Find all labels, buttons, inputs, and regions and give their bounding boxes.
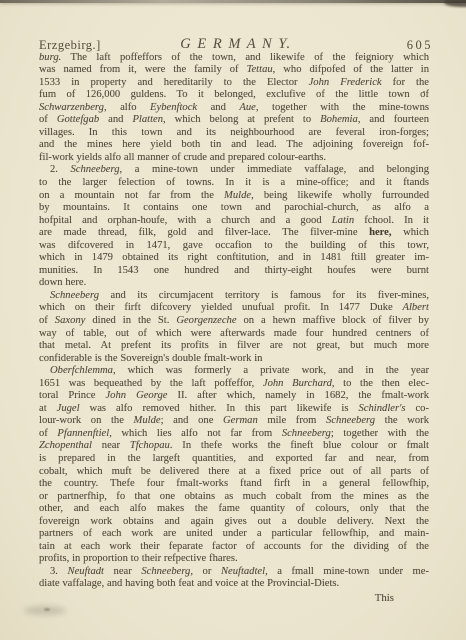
text-segment: , which belong at prefent to: [163, 114, 320, 125]
text-segment: lour-work on the: [39, 415, 134, 426]
text-segment: near: [104, 566, 141, 577]
text-segment: cobalt, which muft be delivered there at…: [39, 466, 429, 477]
text-line: 1533 in property and hereditarily to the…: [39, 77, 429, 90]
italic-text: Schneeberg: [71, 164, 120, 175]
text-line: Oberfchlemma, which was formerly a priva…: [39, 365, 429, 378]
text-line: partners of each work are united under a…: [39, 528, 429, 541]
text-line: which in 1479 obtained its right conftit…: [39, 252, 429, 265]
text-segment: and: [99, 114, 132, 125]
text-segment: toral Prince: [39, 390, 105, 401]
text-segment: hofpital and orphan-houfe, with a church…: [39, 215, 332, 226]
text-line: 3. Neuftadt near Schneeberg, or Neuftadt…: [39, 566, 429, 579]
italic-text: Georgenzeche: [176, 315, 236, 326]
text-segment: tain at each work their feparate factor …: [39, 541, 429, 552]
text-line: Zchopenthal near Tfchopau. In thefe work…: [39, 440, 429, 453]
text-segment: The laft poffeffors of the town, and lik…: [61, 52, 429, 63]
text-segment: the work: [375, 415, 429, 426]
text-line: on a mountain not far from the Mulde, be…: [39, 190, 429, 203]
text-segment: , alfo: [104, 102, 150, 113]
body-text: burg. The laft poffeffors of the town, a…: [39, 52, 429, 592]
text-line: Schneeberg and its circumjacent territor…: [39, 290, 429, 303]
italic-text: John Frederick: [309, 77, 382, 88]
text-line: was difcovered in 1471, gave occafion to…: [39, 240, 429, 253]
text-segment: fchool. In it: [354, 215, 429, 226]
text-line: hofpital and orphan-houfe, with a church…: [39, 215, 429, 228]
italic-text: Tfchopau: [130, 440, 170, 451]
bold-text: here,: [369, 227, 391, 238]
text-line: Schwarzenberg, alfo Eybenftock and Aue, …: [39, 102, 429, 115]
text-segment: mile from: [258, 415, 326, 426]
text-segment: munities. In 1543 one hundred and thirty…: [39, 265, 429, 276]
text-line: of Saxony dined in the St. Georgenzeche …: [39, 315, 429, 328]
text-segment: was alfo removed hither. In this part li…: [80, 403, 359, 414]
italic-text: Mulde: [224, 190, 251, 201]
text-line: and the mines here yield both tin and le…: [39, 139, 429, 152]
text-segment: fovereign work obtains and again gives o…: [39, 516, 429, 527]
book-page: Erzgebirg.] G E R M A N Y. 605 burg. The…: [0, 0, 466, 640]
text-line: which on their firft difcovery yielded u…: [39, 302, 429, 315]
italic-text: Schneeberg: [50, 290, 99, 301]
text-line: way of table, out of which were afterwar…: [39, 328, 429, 341]
text-segment: is prepared in the largeft quantities, a…: [39, 453, 429, 464]
text-line: confiderable is the Sovereign's double f…: [39, 353, 429, 366]
italic-text: John George: [105, 390, 167, 401]
text-line: that metal. At prefent its profits in fi…: [39, 340, 429, 353]
italic-text: Pfannenftiel: [57, 428, 109, 439]
text-line: lour-work on the Mulde; and one German m…: [39, 415, 429, 428]
text-segment: of: [39, 315, 55, 326]
text-segment: , together with the mine-towns: [256, 102, 429, 113]
text-segment: or partnerfhip, fo that one obtains as m…: [39, 491, 429, 502]
text-line: cobalt, which muft be delivered there at…: [39, 466, 429, 479]
text-segment: which: [392, 227, 429, 238]
text-line: fum of 126,000 guldens. To it belonged, …: [39, 89, 429, 102]
text-segment: was difcovered in 1471, gave occafion to…: [39, 240, 429, 251]
text-segment: way of table, out of which were afterwar…: [39, 328, 429, 339]
italic-text: Schindler's: [358, 403, 405, 414]
text-line: of Gottefgab and Platten, which belong a…: [39, 114, 429, 127]
text-line: villages. In this town and its neighbour…: [39, 127, 429, 140]
italic-text: Schneeberg: [141, 566, 190, 577]
text-segment: 2.: [50, 164, 71, 175]
text-line: down here.: [39, 277, 429, 290]
text-segment: of: [39, 114, 57, 125]
text-line: munities. In 1543 one hundred and thirty…: [39, 265, 429, 278]
text-segment: profits, in proportion to their refpecti…: [39, 553, 238, 564]
text-segment: which in 1479 obtained its right conftit…: [39, 252, 429, 263]
text-line: burg. The laft poffeffors of the town, a…: [39, 52, 429, 65]
italic-text: Latin: [332, 215, 354, 226]
ink-dot: [423, 91, 425, 93]
italic-text: Tettau: [247, 64, 273, 75]
text-segment: partners of each work are united under a…: [39, 528, 429, 539]
italic-text: Jugel: [57, 403, 80, 414]
text-line: toral Prince John George II. after which…: [39, 390, 429, 403]
text-segment: on a mountain not far from the: [39, 190, 224, 201]
text-segment: was named from it, were the family of: [39, 64, 247, 75]
text-segment: fil-work yields alfo all manner of crude…: [39, 152, 326, 163]
italic-text: John Burchard: [263, 378, 332, 389]
text-segment: 3.: [50, 566, 68, 577]
italic-text: Neuftadtel: [221, 566, 265, 577]
text-segment: at: [39, 403, 57, 414]
text-segment: co-: [405, 403, 429, 414]
text-line: the country. Thefe four fmalt-works ftan…: [39, 478, 429, 491]
catchword: This: [375, 592, 394, 604]
text-segment: and the mines here yield both tin and le…: [39, 139, 429, 150]
text-segment: , which was formerly a private work, and…: [113, 365, 429, 376]
italic-text: Schwarzenberg: [39, 102, 104, 113]
text-segment: , who difpofed of the latter in: [273, 64, 429, 75]
text-segment: , or: [190, 566, 221, 577]
text-segment: to the larger felection of towns. In it …: [39, 177, 429, 188]
text-segment: , being likewife wholly furrounded: [251, 190, 429, 201]
italic-text: German: [223, 415, 258, 426]
page-header: Erzgebirg.] G E R M A N Y. 605: [39, 36, 433, 52]
text-segment: . In thefe works the fineft blue colour …: [170, 440, 429, 451]
text-segment: and: [197, 102, 239, 113]
text-segment: for the: [382, 77, 429, 88]
italic-text: Platten: [132, 114, 163, 125]
text-line: diate vaffalage, and having both feat an…: [39, 578, 429, 591]
text-segment: 1651 was bequeathed by the laft poffeffo…: [39, 378, 263, 389]
text-line: was named from it, were the family of Te…: [39, 64, 429, 77]
text-line: are made thread, filk, gold and filver-l…: [39, 227, 429, 240]
italic-text: Albert: [403, 302, 429, 313]
page-top-edge: [0, 0, 466, 3]
text-segment: 1533 in property and hereditarily to the…: [39, 77, 309, 88]
text-segment: and its circumjacent territory is famous…: [99, 290, 429, 301]
text-segment: near: [92, 440, 130, 451]
text-segment: down here.: [39, 277, 86, 288]
text-line: is prepared in the largeft quantities, a…: [39, 453, 429, 466]
text-line: or partnerfhip, fo that one obtains as m…: [39, 491, 429, 504]
text-line: fil-work yields alfo all manner of crude…: [39, 152, 429, 165]
text-segment: ; together with the: [331, 428, 429, 439]
text-segment: ; and one: [161, 415, 223, 426]
italic-text: Gottefgab: [57, 114, 99, 125]
text-line: to the larger felection of towns. In it …: [39, 177, 429, 190]
italic-text: Bohemia: [320, 114, 358, 125]
text-segment: , to the then elec-: [332, 378, 429, 389]
italic-text: Neuftadt: [68, 566, 105, 577]
text-line: tain at each work their feparate factor …: [39, 541, 429, 554]
text-line: 2. Schneeberg, a mine-town under immedia…: [39, 164, 429, 177]
text-segment: by mountains. It contains one town and p…: [39, 202, 429, 213]
italic-text: Schneeberg: [282, 428, 331, 439]
text-segment: , and fourteen: [358, 114, 429, 125]
text-line: of Pfannenftiel, which lies alfo not far…: [39, 428, 429, 441]
text-line: by mountains. It contains one town and p…: [39, 202, 429, 215]
text-line: fovereign work obtains and again gives o…: [39, 516, 429, 529]
text-segment: dined in the St.: [85, 315, 176, 326]
text-segment: , which lies alfo not far from: [109, 428, 282, 439]
text-segment: fum of 126,000 guldens. To it belonged, …: [39, 89, 429, 100]
text-line: at Jugel was alfo removed hither. In thi…: [39, 403, 429, 416]
text-segment: the country. Thefe four fmalt-works ftan…: [39, 478, 429, 489]
running-title: G E R M A N Y.: [180, 36, 291, 53]
italic-text: Saxony: [55, 315, 86, 326]
italic-text: Oberfchlemma: [50, 365, 113, 376]
text-line: other, and each alfo makes the fame quan…: [39, 503, 429, 516]
text-line: profits, in proportion to their refpecti…: [39, 553, 429, 566]
text-segment: confiderable is the Sovereign's double f…: [39, 353, 262, 364]
text-segment: , a fmall mine-town under me-: [265, 566, 429, 577]
italic-text: Aue: [239, 102, 255, 113]
text-segment: diate vaffalage, and having both feat an…: [39, 578, 339, 589]
italic-text: Mulde: [134, 415, 161, 426]
ink-smudge-dot: [44, 608, 50, 611]
italic-text: Schneeberg: [326, 415, 375, 426]
text-segment: other, and each alfo makes the fame quan…: [39, 503, 429, 514]
text-segment: are made thread, filk, gold and filver-l…: [39, 227, 369, 238]
text-segment: that metal. At prefent its profits in fi…: [39, 340, 429, 351]
text-line: 1651 was bequeathed by the laft poffeffo…: [39, 378, 429, 391]
text-segment: , a mine-town under immediate vaffalage,…: [120, 164, 429, 175]
text-segment: of: [39, 428, 57, 439]
text-segment: which on their firft difcovery yielded u…: [39, 302, 403, 313]
italic-text: Zchopenthal: [39, 440, 92, 451]
text-segment: on a hewn maffive block of filver by: [237, 315, 429, 326]
italic-text: Eybenftock: [150, 102, 197, 113]
text-segment: II. after which, namely in 1682, the fma…: [167, 390, 429, 401]
corner-stain: [442, 0, 466, 7]
italic-text: burg.: [39, 52, 61, 63]
text-segment: villages. In this town and its neighbour…: [39, 127, 429, 138]
